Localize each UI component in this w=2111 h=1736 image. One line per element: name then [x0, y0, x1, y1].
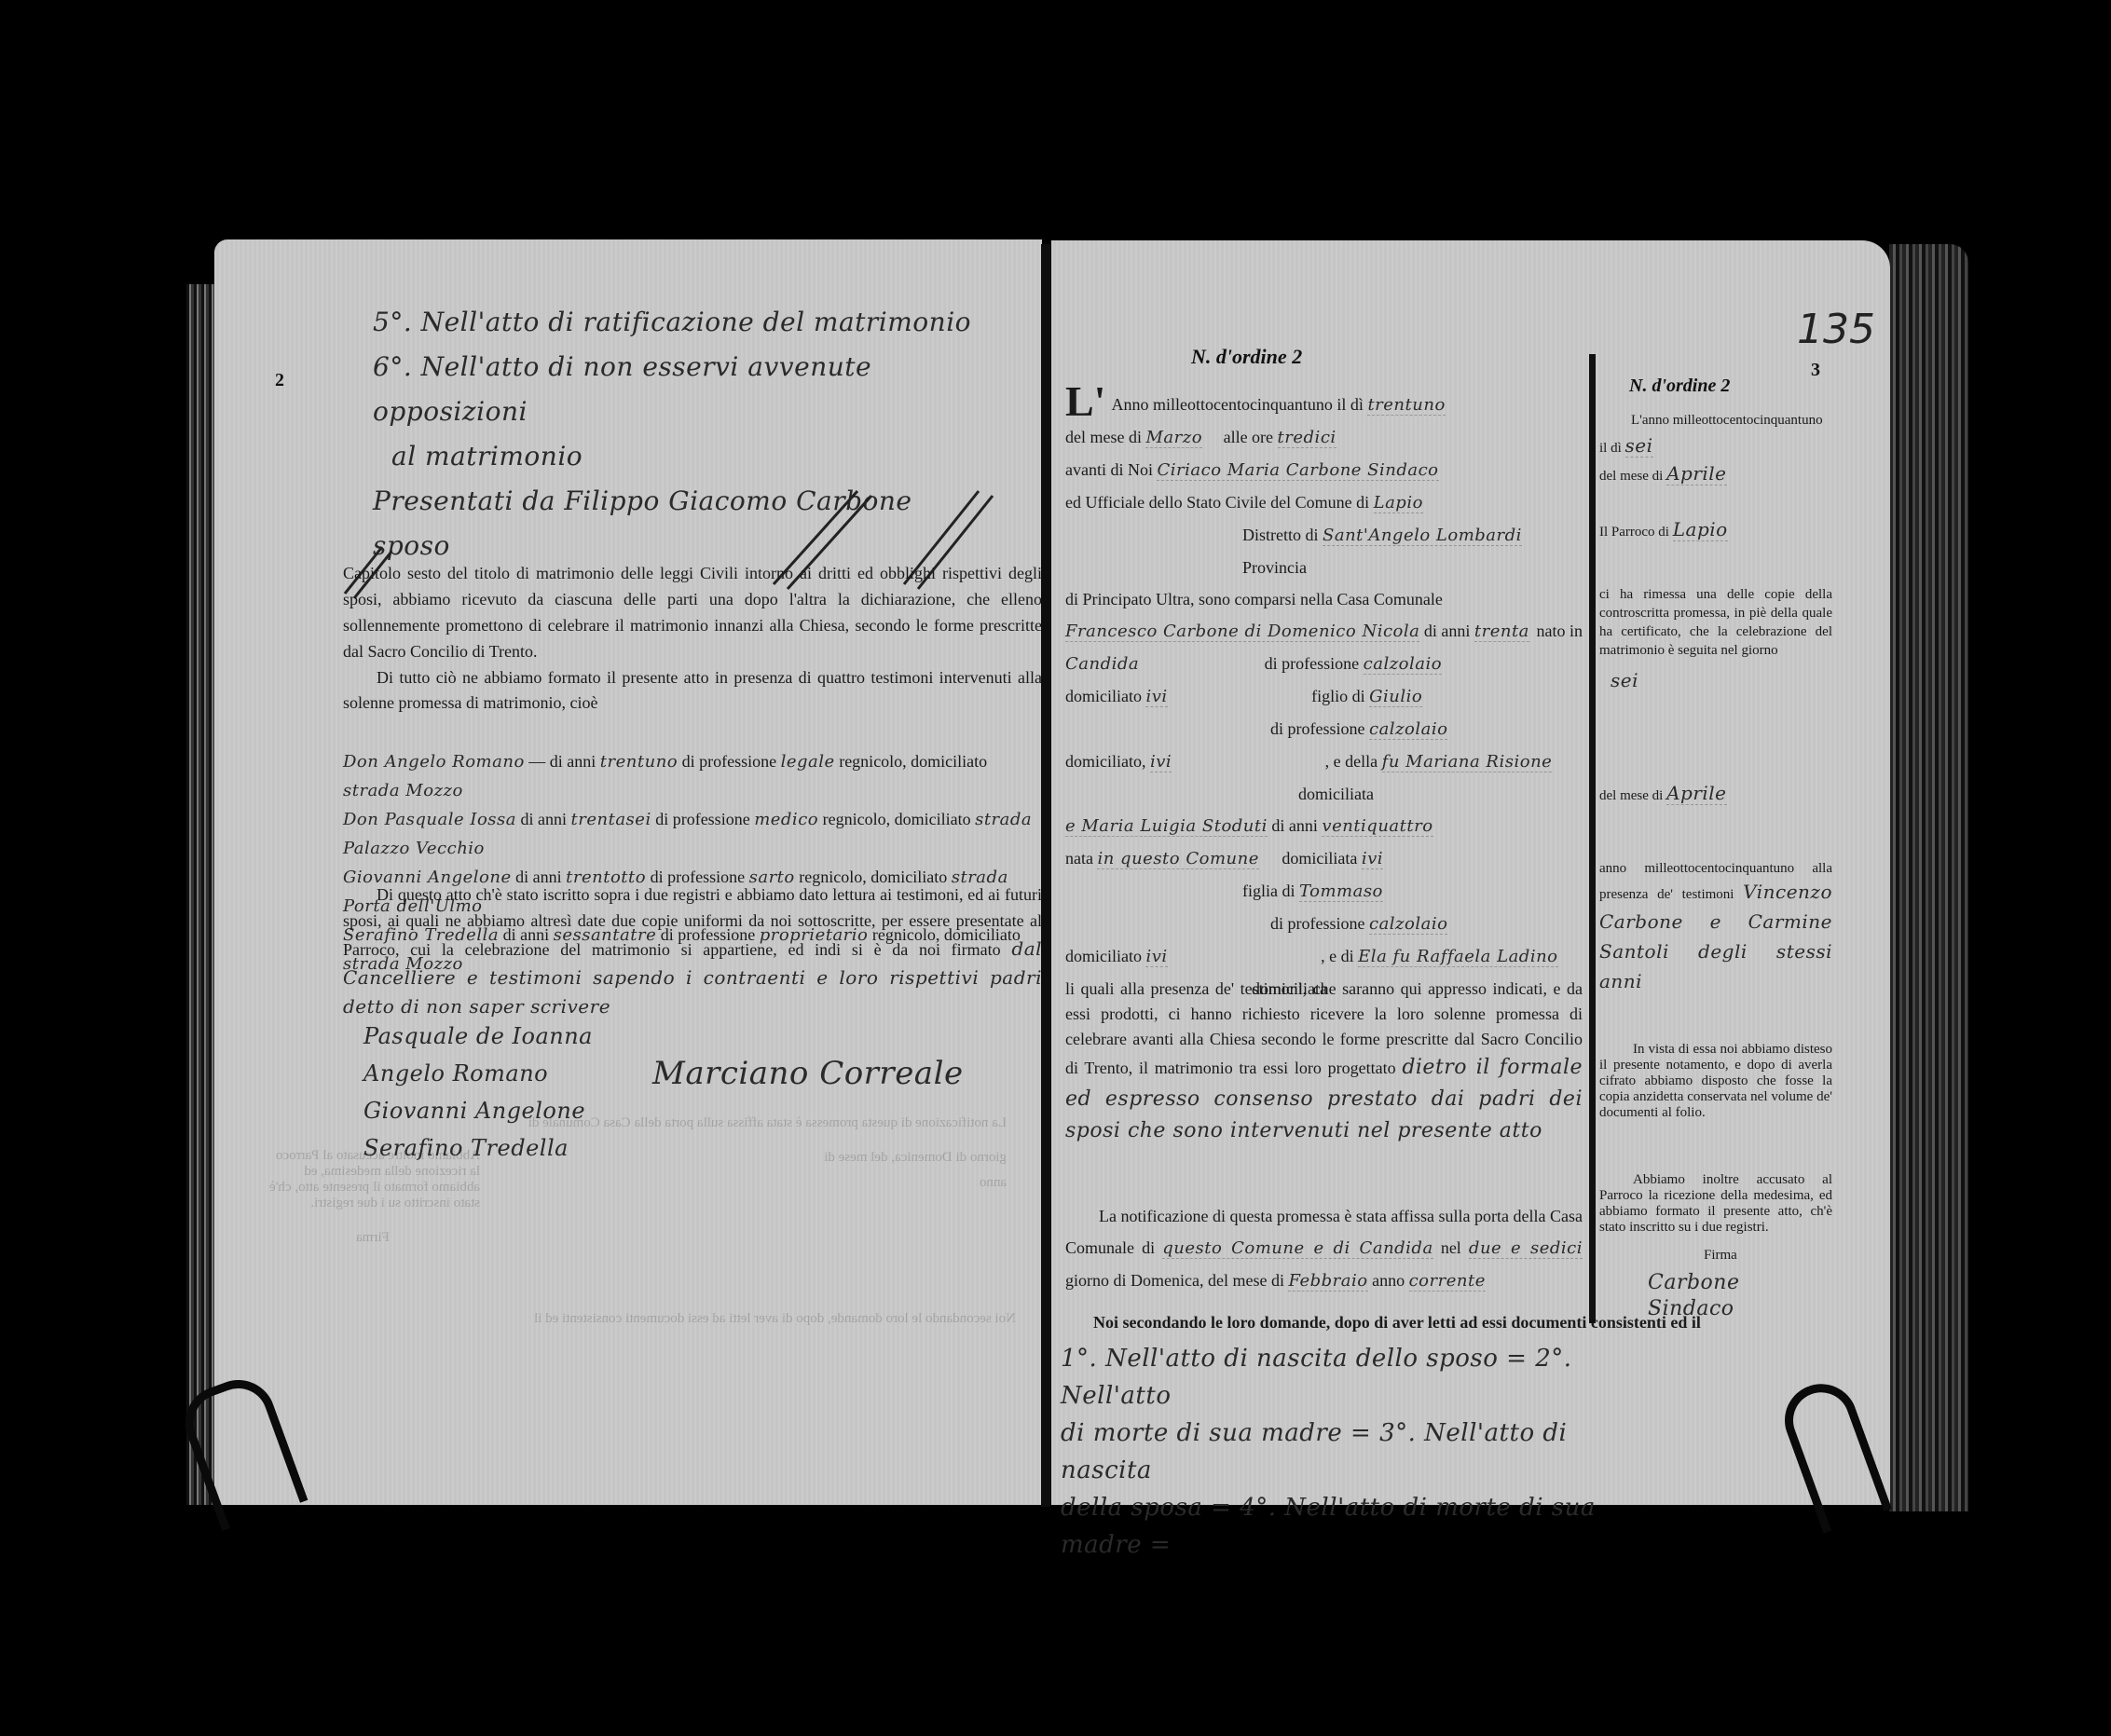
bleed-through-noi-secondando: Noi secondando le loro domande, dopo di … [326, 1311, 1016, 1327]
signature-1: Pasquale de Ioanna [363, 1018, 593, 1055]
madre-domicilio-line: domiciliata [1065, 778, 1583, 810]
bleed-through-accusato: Abbiamo inoltre accusato al Parroco la r… [266, 1148, 480, 1246]
sposo-name-line: Francesco Carbone di Domenico Nicola di … [1065, 615, 1583, 648]
rc-firma-label: Firma [1704, 1247, 1737, 1265]
book-left-page-edges [186, 284, 216, 1505]
witness-1: Don Angelo Romano — di anni trentuno di … [343, 747, 1042, 805]
ribbon-bookmark-right [1775, 1374, 1892, 1533]
right-column-body: L'anno milleottocentocinquantuno il dì s… [1599, 408, 1832, 545]
rc-mese: del mese di Aprile [1599, 461, 1832, 489]
right-page-number: 3 [1811, 360, 1820, 381]
ufficiale-line: ed Ufficiale dello Stato Civile del Comu… [1065, 486, 1583, 519]
testimoni-paragraph: Di tutto ciò ne abbiamo formato il prese… [343, 665, 1042, 718]
left-printed-body: Capitolo sesto del titolo di matrimonio … [343, 561, 1042, 717]
signature-5: Marciano Correale [652, 1055, 964, 1092]
marriage-act-intro: L'Anno milleottocentocinquantuno il dì t… [1065, 385, 1583, 1005]
sposa-padre-prof-line: di professione calzolaio [1065, 908, 1583, 940]
document-line-3: della sposa = 4°. Nell'atto di morte di … [1061, 1489, 1657, 1564]
sposa-nascita-line: nata in questo Comune domiciliata ivi [1065, 842, 1583, 875]
ordine-heading-right: N. d'ordine 2 [1629, 376, 1730, 397]
left-page: 2 5°. Nell'atto di ratificazione del mat… [214, 239, 1042, 1505]
rc-parroco: Il Parroco di Lapio [1599, 517, 1832, 545]
capitolo-paragraph: Capitolo sesto del titolo di matrimonio … [343, 561, 1042, 665]
rc-vista: In vista di essa noi abbiamo disteso il … [1599, 1042, 1832, 1121]
document-line-1: 1°. Nell'atto di nascita dello sposo = 2… [1061, 1340, 1657, 1415]
right-page: 135 3 N. d'ordine 2 L'Anno milleottocent… [1051, 240, 1890, 1505]
padre-professione-line: di professione calzolaio [1065, 713, 1583, 745]
sposo-professione-line: Candida di professione calzolaio [1065, 648, 1583, 680]
documents-list: 1°. Nell'atto di nascita dello sposo = 2… [1061, 1340, 1657, 1564]
sposo-domicilio-line: domiciliato ivi figlio di Giulio [1065, 680, 1583, 713]
folio-number: 135 [1797, 306, 1875, 353]
rc-testimoni: anno milleottocentocinquantuno alla pres… [1599, 860, 1832, 996]
witness-2: Don Pasquale Iossa di anni trentasei di … [343, 805, 1042, 863]
rc-rimessa: ci ha rimessa una delle copie della cont… [1599, 585, 1832, 660]
signature-2: Angelo Romano [363, 1055, 593, 1092]
distretto-line: Distretto di Sant'Angelo Lombardi Provin… [1065, 519, 1583, 583]
ordine-heading-middle: N. d'ordine 2 [1191, 345, 1302, 369]
avanti-line: avanti di Noi Ciriaco Maria Carbone Sind… [1065, 454, 1583, 486]
sposa-name-line: e Maria Luigia Stoduti di anni ventiquat… [1065, 810, 1583, 842]
principato-line: di Principato Ultra, sono comparsi nella… [1065, 583, 1583, 615]
column-divider-rule [1589, 354, 1596, 1323]
header-line-2: 6°. Nell'atto di non esservi avvenute op… [317, 345, 988, 434]
padre-domicilio-line: domiciliato, ivi , e della fu Mariana Ri… [1065, 745, 1583, 778]
sposa-padre-line: figlia di Tommaso [1065, 875, 1583, 908]
mese-line: del mese di Marzo alle ore tredici [1065, 421, 1583, 454]
notification-paragraph: La notificazione di questa promessa è st… [1065, 1200, 1583, 1297]
bleed-through-notification: La notificazione di questa promessa è st… [522, 1115, 1007, 1191]
rc-accusato: Abbiamo inoltre accusato al Parroco la r… [1599, 1172, 1832, 1236]
book-right-page-edges [1889, 244, 1968, 1511]
header-line-1: 5°. Nell'atto di ratificazione del matri… [317, 300, 988, 345]
document-line-2: di morte di sua madre = 3°. Nell'atto di… [1061, 1415, 1657, 1489]
rc-firma-signature: Carbone Sindaco [1648, 1270, 1778, 1322]
anno-line: L'Anno milleottocentocinquantuno il dì t… [1065, 385, 1583, 421]
rc-anno: L'anno milleottocentocinquantuno il dì s… [1599, 408, 1832, 461]
book-gutter [1041, 244, 1050, 1507]
sposa-madre-line: domiciliato ivi , e di Ela fu Raffaela L… [1065, 940, 1583, 973]
rc-mese-celebrazione: del mese di Aprile [1599, 781, 1832, 806]
rc-giorno-celebrazione: sei [1611, 669, 1638, 691]
closing-paragraph: Di questo atto ch'è stato iscritto sopra… [343, 882, 1042, 1021]
left-page-number: 2 [275, 370, 284, 391]
promise-paragraph: li quali alla presenza de' testimoni, ch… [1065, 977, 1583, 1147]
